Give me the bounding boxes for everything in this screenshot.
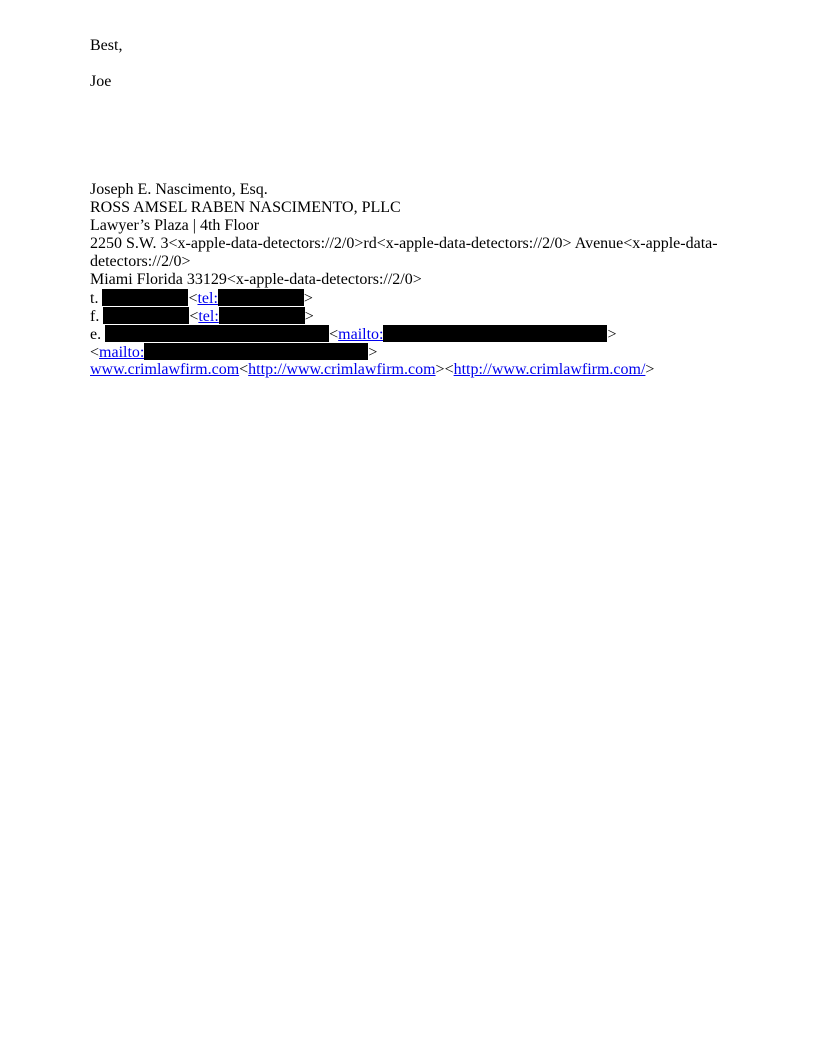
mailto-link[interactable]: mailto:: [338, 326, 383, 343]
fax-line: f. <tel:>: [90, 307, 314, 326]
open-bracket: <: [189, 308, 198, 325]
signature-name: Joseph E. Nascimento, Esq.: [90, 181, 268, 199]
redacted-email: [105, 325, 329, 342]
email-line: e. <mailto:>: [90, 325, 617, 344]
redacted-fax-link: [219, 307, 305, 324]
website-link[interactable]: www.crimlawfirm.com: [90, 361, 239, 378]
signature-city-line: Miami Florida 33129<x-apple-data-detecto…: [90, 271, 422, 289]
redacted-fax: [103, 307, 189, 324]
phone-line: t. <tel:>: [90, 289, 313, 308]
close-bracket: >: [436, 361, 445, 378]
redacted-phone: [102, 289, 188, 306]
website-url-link-1[interactable]: http://www.crimlawfirm.com: [248, 361, 435, 378]
close-bracket: >: [368, 344, 377, 361]
website-line: www.crimlawfirm.com<http://www.crimlawfi…: [90, 361, 654, 379]
phone-prefix: t.: [90, 290, 98, 307]
email-prefix: e.: [90, 326, 101, 343]
signature-building: Lawyer’s Plaza | 4th Floor: [90, 217, 259, 235]
close-bracket: >: [305, 308, 314, 325]
fax-prefix: f.: [90, 308, 99, 325]
close-bracket: >: [304, 290, 313, 307]
redacted-email-link-2: [144, 343, 368, 360]
fax-tel-link[interactable]: tel:: [198, 308, 218, 325]
signature-address-line2: detectors://2/0>: [90, 253, 191, 271]
signature-firm: ROSS AMSEL RABEN NASCIMENTO, PLLC: [90, 199, 401, 217]
open-bracket: <: [445, 361, 454, 378]
website-url-link-2[interactable]: http://www.crimlawfirm.com/: [454, 361, 646, 378]
tel-link[interactable]: tel:: [197, 290, 217, 307]
open-bracket: <: [239, 361, 248, 378]
mailto-link-2[interactable]: mailto:: [99, 344, 144, 361]
redacted-phone-link: [218, 289, 304, 306]
email-line-2: <mailto:>: [90, 343, 377, 362]
signature-address-line1: 2250 S.W. 3<x-apple-data-detectors://2/0…: [90, 235, 718, 253]
open-bracket: <: [90, 344, 99, 361]
redacted-email-link: [383, 325, 607, 342]
closing: Best,: [90, 37, 122, 55]
open-bracket: <: [329, 326, 338, 343]
close-bracket: >: [645, 361, 654, 378]
close-bracket: >: [607, 326, 616, 343]
signoff-name: Joe: [90, 73, 111, 91]
